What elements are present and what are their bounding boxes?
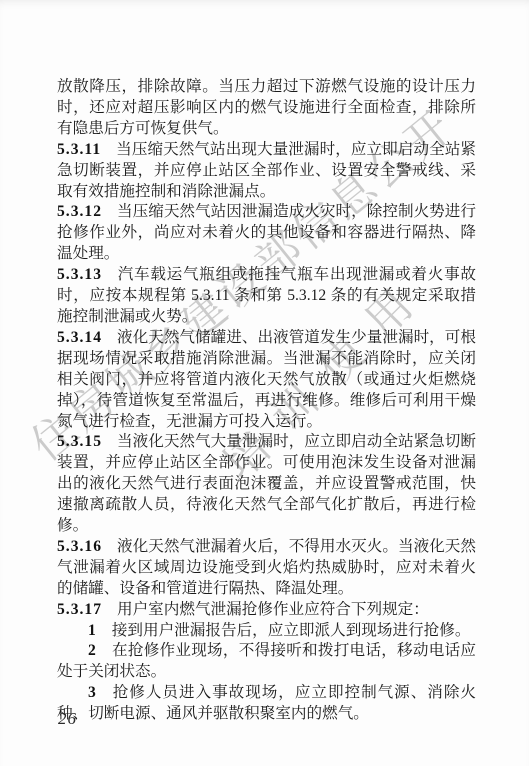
- clause-paragraph: 5.3.17用户室内燃气泄漏抢修作业应符合下列规定：: [57, 600, 476, 621]
- document-body: 放散降压，排除故障。当压力超过下游燃气设施的设计压力时，还应对超压影响区内的燃气…: [57, 77, 476, 725]
- clause-paragraph: 5.3.16液化天然气泄漏着火后，不得用水灭火。当液化天然气泄漏着火区域周边设施…: [57, 537, 476, 600]
- clause-number: 5.3.15: [57, 433, 102, 450]
- clause-number: 5.3.17: [57, 601, 102, 618]
- clause-paragraph: 5.3.14液化天然气储罐进、出液管道发生少量泄漏时，可根据现场情况采取措施消除…: [57, 328, 476, 433]
- page-number: 26: [58, 709, 77, 729]
- sub-item: 2在抢修作业现场，不得接听和拨打电话，移动电话应处于关闭状态。: [57, 641, 476, 683]
- clause-number: 3: [88, 684, 97, 701]
- continuation-paragraph: 放散降压，排除故障。当压力超过下游燃气设施的设计压力时，还应对超压影响区内的燃气…: [57, 77, 476, 140]
- clause-number: 1: [88, 622, 97, 639]
- clause-number: 2: [88, 642, 97, 659]
- clause-number: 5.3.13: [57, 266, 102, 283]
- clause-paragraph: 5.3.12当压缩天然气站因泄漏造成火灾时，除控制火势进行抢修作业外，尚应对未着…: [57, 202, 476, 265]
- clause-number: 5.3.11: [57, 141, 101, 158]
- sub-item: 1接到用户泄漏报告后，应立即派人到现场进行抢修。: [57, 621, 476, 642]
- clause-number: 5.3.14: [57, 329, 102, 346]
- clause-paragraph: 5.3.11当压缩天然气站出现大量泄漏时，应立即启动全站紧急切断装置，并应停止站…: [57, 140, 476, 203]
- clause-paragraph: 5.3.15当液化天然气大量泄漏时，应立即启动全站紧急切断装置，并应停止站区全部…: [57, 432, 476, 537]
- clause-paragraph: 5.3.13汽车载运气瓶组或拖挂气瓶车出现泄漏或着火事故时，应按本规程第 5.3…: [57, 265, 476, 328]
- sub-item: 3抢修人员进入事故现场，应立即控制气源、消除火种、切断电源、通风并驱散积聚室内的…: [57, 683, 476, 725]
- document-page: 住房城乡建设部信息公开 培训使用 放散降压，排除故障。当压力超过下游燃气设施的设…: [0, 0, 529, 766]
- clause-number: 5.3.16: [57, 538, 102, 555]
- clause-number: 5.3.12: [57, 203, 102, 220]
